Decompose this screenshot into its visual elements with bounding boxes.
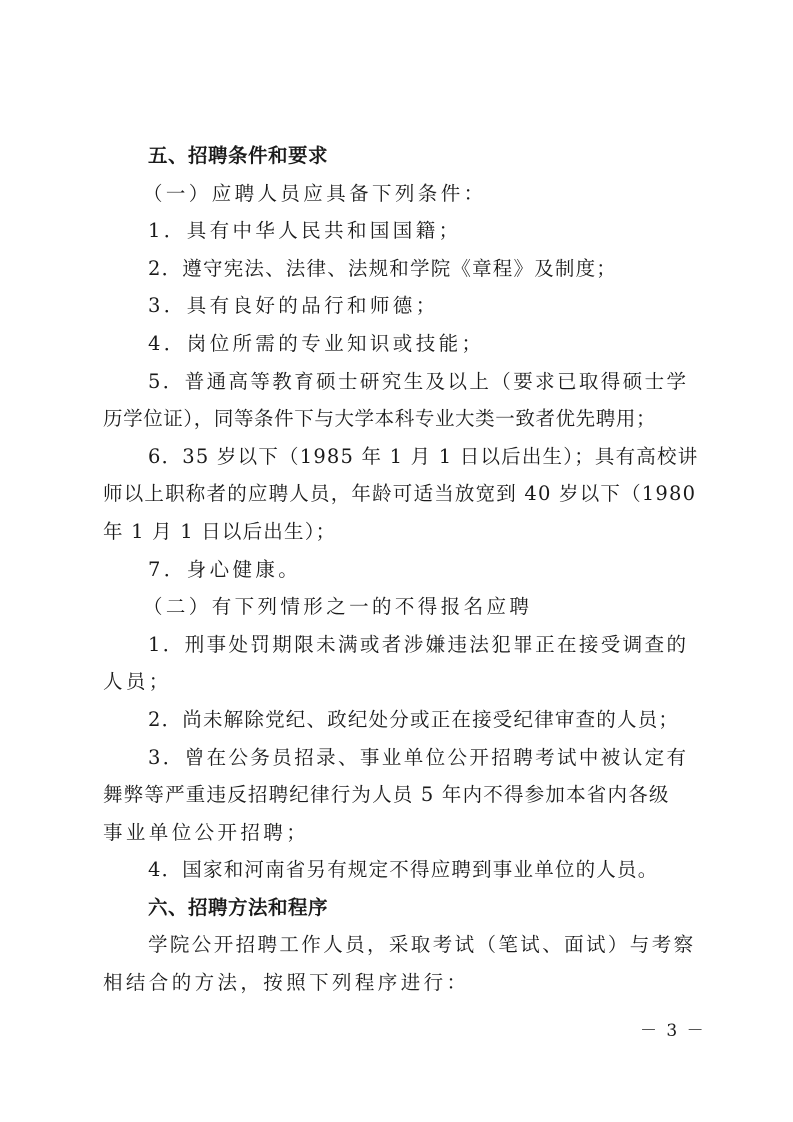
list-item: 5．普通高等教育硕士研究生及以上（要求已取得硕士学 xyxy=(103,363,701,401)
list-item-continuation: 人员； xyxy=(103,663,701,701)
list-item: 4．岗位所需的专业知识或技能； xyxy=(103,325,701,363)
section-heading-5: 五、招聘条件和要求 xyxy=(103,137,701,175)
subsection-title-2: （二）有下列情形之一的不得报名应聘 xyxy=(103,588,701,626)
list-item-continuation: 历学位证），同等条件下与大学本科专业大类一致者优先聘用； xyxy=(103,400,701,438)
section-heading-6: 六、招聘方法和程序 xyxy=(103,889,701,927)
list-item: 1．具有中华人民共和国国籍； xyxy=(103,212,701,250)
list-item: 6．35 岁以下（1985 年 1 月 1 日以后出生）；具有高校讲 xyxy=(103,438,701,476)
list-item: 3．曾在公务员招录、事业单位公开招聘考试中被认定有 xyxy=(103,739,701,777)
list-item-continuation: 舞弊等严重违反招聘纪律行为人员 5 年内不得参加本省内各级 xyxy=(103,776,701,814)
list-item: 3．具有良好的品行和师德； xyxy=(103,287,701,325)
list-item: 2．尚未解除党纪、政纪处分或正在接受纪律审查的人员； xyxy=(103,701,701,739)
subsection-title-1: （一）应聘人员应具备下列条件： xyxy=(103,175,701,213)
list-item: 2．遵守宪法、法律、法规和学院《章程》及制度； xyxy=(103,250,701,288)
list-item: 1．刑事处罚期限未满或者涉嫌违法犯罪正在接受调查的 xyxy=(103,626,701,664)
list-item: 4．国家和河南省另有规定不得应聘到事业单位的人员。 xyxy=(103,851,701,889)
list-item-continuation: 师以上职称者的应聘人员，年龄可适当放宽到 40 岁以下（1980 xyxy=(103,475,701,513)
list-item: 7．身心健康。 xyxy=(103,551,701,589)
document-page: 五、招聘条件和要求 （一）应聘人员应具备下列条件： 1．具有中华人民共和国国籍；… xyxy=(103,137,701,1002)
page-number: － 3 － xyxy=(640,1016,706,1041)
list-item-continuation: 事业单位公开招聘； xyxy=(103,814,701,852)
paragraph: 学院公开招聘工作人员，采取考试（笔试、面试）与考察 xyxy=(103,926,701,964)
list-item-continuation: 年 1 月 1 日以后出生）； xyxy=(103,513,701,551)
paragraph-continuation: 相结合的方法，按照下列程序进行： xyxy=(103,964,701,1002)
